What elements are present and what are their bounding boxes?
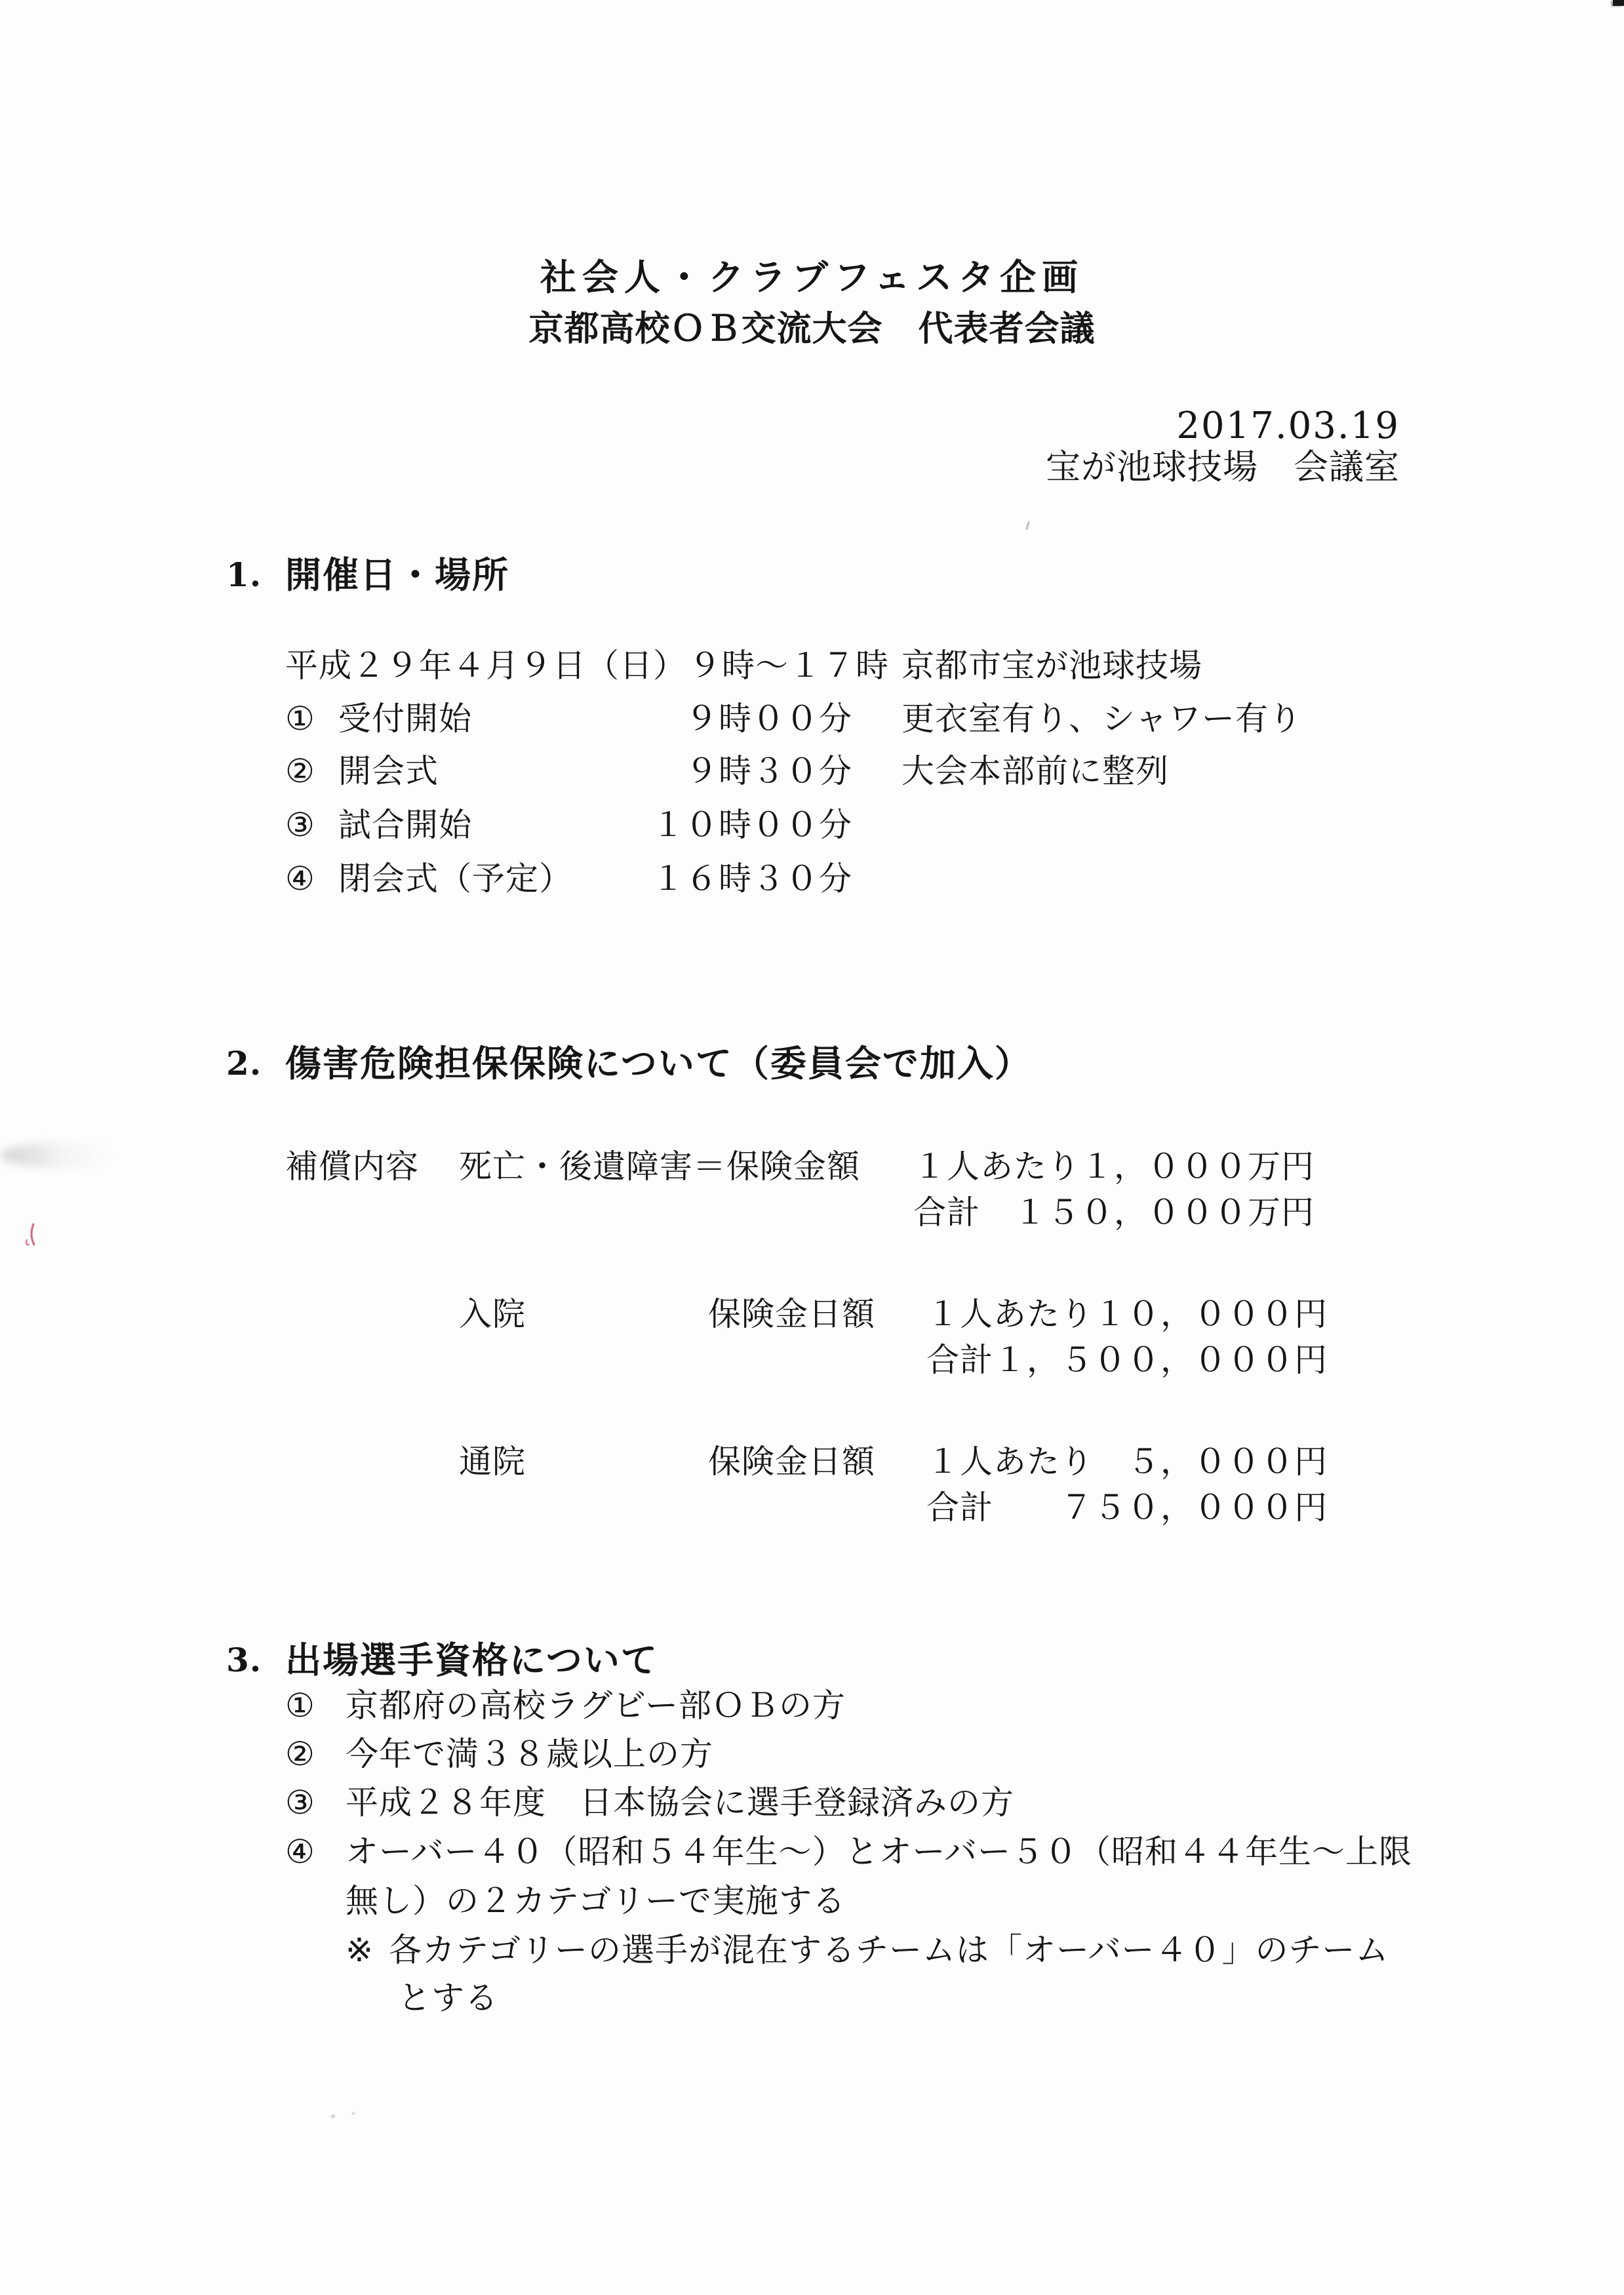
document-title-line1: 社会人・クラブフェスタ企画 [0, 256, 1624, 298]
document-venue: 宝が池球技場 会議室 [1046, 448, 1400, 488]
event-time: ９時～１７時 [688, 647, 889, 685]
scan-pink-mark [22, 1222, 39, 1248]
coverage-basis: 保険金日額 [708, 1296, 875, 1334]
coverage-per-person: １人あたり ５，０００円 [926, 1443, 1328, 1481]
schedule-item-note: 更衣室有り、シャワー有り [901, 700, 1302, 738]
eligibility-item-text-continued: 無し）の２カテゴリーで実施する [346, 1883, 846, 1921]
pink-squiggle-icon [22, 1222, 39, 1248]
scan-speck [352, 2112, 355, 2115]
coverage-item: 入院 [459, 1296, 526, 1334]
eligibility-note-marker: ※ [346, 1932, 374, 1970]
eligibility-item-number: ③ [285, 1784, 315, 1822]
scan-speck [331, 2115, 335, 2118]
schedule-item-number: ② [285, 753, 315, 791]
eligibility-item-number: ④ [285, 1833, 315, 1871]
section2-heading: 傷害危険担保保険について（委員会で加入） [285, 1043, 1032, 1084]
schedule-item-label: 受付開始 [338, 700, 472, 738]
coverage-total: 合計 ７５０，０００円 [926, 1489, 1328, 1527]
eligibility-item-text: オーバー４０（昭和５４年生～）とオーバー５０（昭和４４年生～上限 [346, 1833, 1412, 1871]
scan-slash-mark [1025, 521, 1030, 530]
event-date: 平成２９年４月９日（日） [285, 647, 686, 685]
coverage-basis: 保険金日額 [708, 1443, 875, 1481]
scanned-document-page: 社会人・クラブフェスタ企画 京都高校ＯＢ交流大会 代表者会議 2017.03.1… [0, 0, 1624, 2295]
eligibility-note-text: 各カテゴリーの選手が混在するチームは「オーバー４０」のチーム [389, 1932, 1389, 1970]
coverage-total: 合計１，５００，０００円 [926, 1342, 1328, 1380]
schedule-item-label: 開会式 [338, 753, 439, 791]
section2-number: 2. [226, 1045, 262, 1083]
schedule-item-time: ９時００分 [685, 700, 852, 738]
schedule-item-number: ① [285, 700, 315, 738]
section3-heading: 出場選手資格について [285, 1639, 658, 1681]
schedule-item-time: ９時３０分 [685, 753, 852, 791]
scan-corner-mark [1613, 0, 1624, 6]
eligibility-item-text: 今年で満３８歳以上の方 [346, 1736, 713, 1774]
coverage-label: 補償内容 [285, 1148, 419, 1186]
coverage-per-person: １人あたり１，０００万円 [913, 1148, 1315, 1186]
document-title-line2: 京都高校ＯＢ交流大会 代表者会議 [0, 309, 1624, 349]
schedule-item-time: １６時３０分 [652, 860, 852, 898]
coverage-item: 通院 [459, 1443, 526, 1481]
schedule-item-note: 大会本部前に整列 [901, 753, 1169, 791]
schedule-item-time: １０時００分 [652, 807, 852, 845]
eligibility-item-text: 京都府の高校ラグビー部ＯＢの方 [346, 1687, 846, 1725]
eligibility-item-number: ② [285, 1736, 315, 1774]
schedule-item-number: ④ [285, 860, 315, 898]
section1-heading: 開催日・場所 [285, 554, 509, 595]
eligibility-item-text: 平成２８年度 日本協会に選手登録済みの方 [346, 1784, 1014, 1822]
coverage-item: 死亡・後遺障害＝保険金額 [459, 1148, 860, 1186]
schedule-item-label: 閉会式（予定） [338, 860, 572, 898]
coverage-total: 合計 １５０，０００万円 [913, 1194, 1315, 1232]
schedule-item-number: ③ [285, 807, 315, 845]
section3-number: 3. [226, 1641, 262, 1679]
section1-number: 1. [226, 556, 262, 594]
event-place: 京都市宝が池球技場 [901, 647, 1202, 685]
coverage-per-person: １人あたり１０，０００円 [926, 1296, 1328, 1334]
eligibility-note-text-continued: とする [398, 1980, 498, 2018]
schedule-item-label: 試合開始 [338, 807, 472, 845]
document-date: 2017.03.19 [1176, 405, 1400, 447]
scan-smudge-mark [0, 1142, 138, 1168]
eligibility-item-number: ① [285, 1687, 315, 1725]
